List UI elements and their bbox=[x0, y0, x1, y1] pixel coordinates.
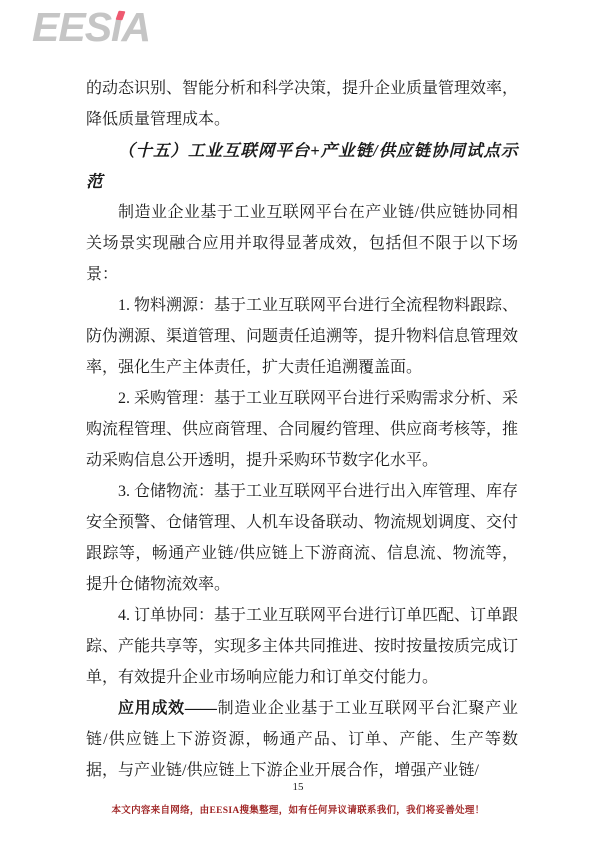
paragraph-warehouse-logistics: 3. 仓储物流：基于工业互联网平台进行出入库管理、库存安全预警、仓储管理、人机车… bbox=[86, 476, 518, 600]
page-number: 15 bbox=[0, 781, 596, 793]
eesia-logo: EESıA bbox=[32, 6, 150, 48]
logo-text-prefix: EES bbox=[32, 4, 111, 50]
logo-text-suffix: A bbox=[121, 4, 150, 50]
section-heading: （十五）工业互联网平台+产业链/供应链协同试点示范 bbox=[86, 135, 518, 197]
document-page: EESıA 的动态识别、智能分析和科学决策，提升企业质量管理效率，降低质量管理成… bbox=[0, 0, 596, 842]
achievement-label: 应用成效—— bbox=[118, 700, 217, 717]
paragraph-order-collaboration: 4. 订单协同：基于工业互联网平台进行订单匹配、订单跟踪、产能共享等，实现多主体… bbox=[86, 600, 518, 693]
paragraph-material-tracing: 1. 物料溯源：基于工业互联网平台进行全流程物料跟踪、防伪溯源、渠道管理、问题责… bbox=[86, 290, 518, 383]
footer-disclaimer: 本文内容来自网络，由EESIA搜集整理，如有任何异议请联系我们，我们将妥善处理！ bbox=[0, 802, 596, 816]
document-body: 的动态识别、智能分析和科学决策，提升企业质量管理效率，降低质量管理成本。 （十五… bbox=[86, 73, 518, 786]
paragraph-intro: 制造业企业基于工业互联网平台在产业链/供应链协同相关场景实现融合应用并取得显著成… bbox=[86, 197, 518, 290]
paragraph-achievement: 应用成效——制造业企业基于工业互联网平台汇聚产业链/供应链上下游资源，畅通产品、… bbox=[86, 693, 518, 786]
logo-letter-i: ı bbox=[111, 6, 121, 48]
paragraph-procurement: 2. 采购管理：基于工业互联网平台进行采购需求分析、采购流程管理、供应商管理、合… bbox=[86, 383, 518, 476]
paragraph-continuation: 的动态识别、智能分析和科学决策，提升企业质量管理效率，降低质量管理成本。 bbox=[86, 73, 518, 135]
